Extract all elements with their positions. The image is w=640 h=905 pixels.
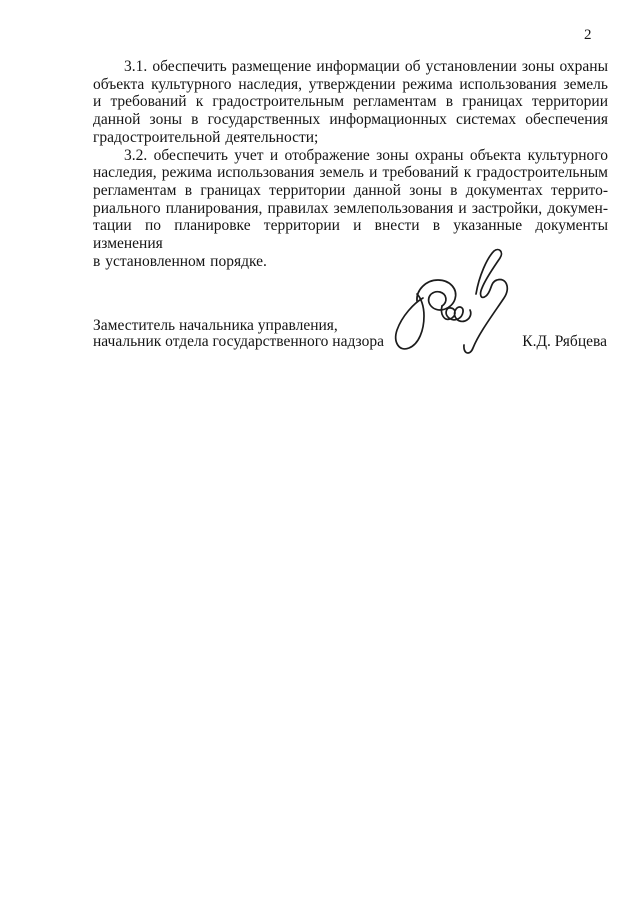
paragraph-3-2-line: 3.2. обеспечить учет и отображение зоны … (93, 147, 608, 165)
paragraph-3-1-line: градостроительной деятельности; (93, 129, 608, 147)
body-text: 3.1. обеспечить размещение информации об… (93, 58, 608, 270)
paragraph-3-1-line: данной зоны в государственных информацио… (93, 111, 608, 129)
paragraph-3-2-line: наследия, режима использования земель и … (93, 164, 608, 182)
paragraph-3-2-line: риального планирования, правилах землепо… (93, 200, 608, 218)
signer-name: К.Д. Рябцева (522, 334, 607, 350)
document-page: 2 3.1. обеспечить размещение информации … (0, 0, 640, 905)
paragraph-3-2-line: в установленном порядке. (93, 253, 608, 271)
signer-position-line1: Заместитель начальника управления, (93, 318, 608, 334)
paragraph-3-1-line: объекта культурного наследия, утверждени… (93, 76, 608, 94)
paragraph-3-2-line: регламентам в границах территории данной… (93, 182, 608, 200)
paragraph-3-1-line: 3.1. обеспечить размещение информации об… (93, 58, 608, 76)
signature-block: Заместитель начальника управления, начал… (93, 318, 608, 351)
paragraph-3-2-line: тации по планировке территории и внести … (93, 217, 608, 252)
page-number: 2 (584, 27, 592, 44)
paragraph-3-1-line: и требований к градостроительным регламе… (93, 93, 608, 111)
